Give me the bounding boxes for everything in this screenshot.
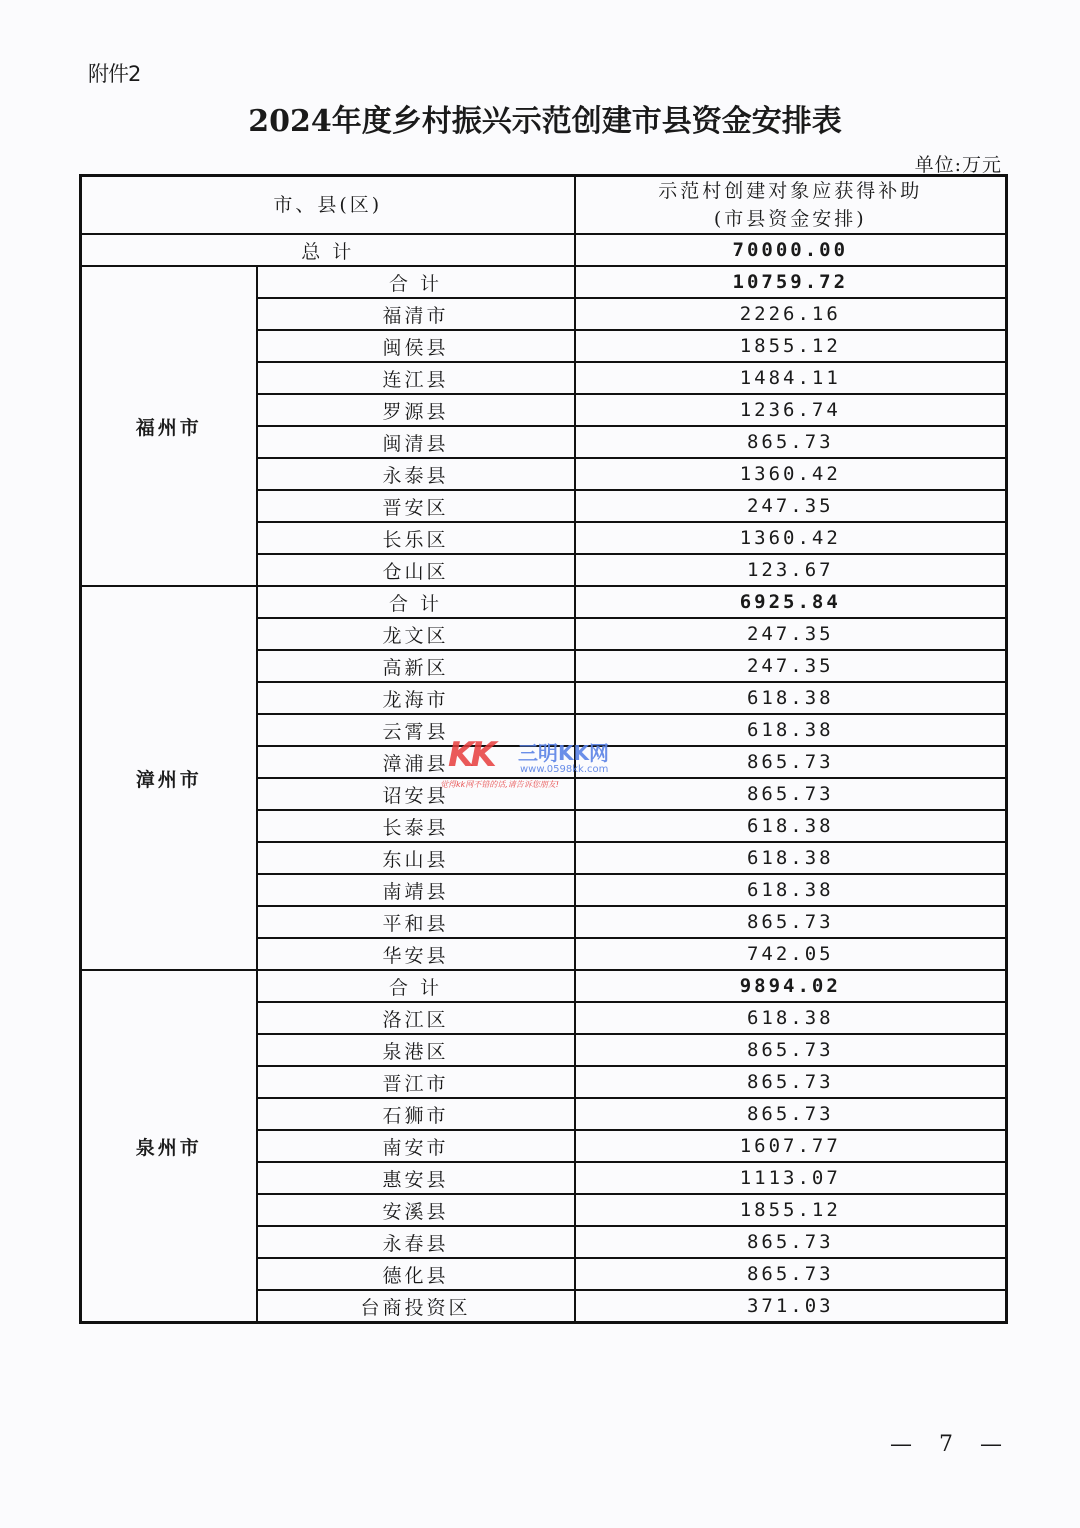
subsidy-column-header: 示范村创建对象应获得补助 (市县资金安排) bbox=[575, 176, 1007, 235]
county-name: 安溪县 bbox=[257, 1194, 575, 1226]
county-value: 618.38 bbox=[575, 682, 1007, 714]
county-name: 诏安县 bbox=[257, 778, 575, 810]
county-name: 华安县 bbox=[257, 938, 575, 970]
subsidy-header-line1: 示范村创建对象应获得补助 bbox=[576, 177, 1005, 205]
county-name: 永泰县 bbox=[257, 458, 575, 490]
county-value: 2226.16 bbox=[575, 298, 1007, 330]
attachment-label: 附件2 bbox=[88, 58, 140, 88]
county-value: 618.38 bbox=[575, 810, 1007, 842]
county-value: 618.38 bbox=[575, 1002, 1007, 1034]
county-name: 长乐区 bbox=[257, 522, 575, 554]
city-name: 泉州市 bbox=[81, 970, 257, 1323]
allocation-table-body: 市、县(区) 示范村创建对象应获得补助 (市县资金安排) 总 计 70000.0… bbox=[81, 176, 1007, 1323]
county-value: 865.73 bbox=[575, 778, 1007, 810]
grand-total-row: 总 计 70000.00 bbox=[81, 234, 1007, 266]
county-value: 865.73 bbox=[575, 1066, 1007, 1098]
county-value: 865.73 bbox=[575, 906, 1007, 938]
county-name: 永春县 bbox=[257, 1226, 575, 1258]
county-name: 德化县 bbox=[257, 1258, 575, 1290]
city-name: 福州市 bbox=[81, 266, 257, 586]
subtotal-label: 合 计 bbox=[257, 970, 575, 1002]
subsidy-header-line2: (市县资金安排) bbox=[576, 205, 1005, 233]
county-value: 1855.12 bbox=[575, 1194, 1007, 1226]
county-value: 618.38 bbox=[575, 714, 1007, 746]
county-value: 1855.12 bbox=[575, 330, 1007, 362]
county-name: 南安市 bbox=[257, 1130, 575, 1162]
county-value: 1484.11 bbox=[575, 362, 1007, 394]
city-subtotal-row: 福州市合 计10759.72 bbox=[81, 266, 1007, 298]
county-value: 865.73 bbox=[575, 1034, 1007, 1066]
county-value: 865.73 bbox=[575, 1098, 1007, 1130]
subtotal-label: 合 计 bbox=[257, 266, 575, 298]
subtotal-value: 9894.02 bbox=[575, 970, 1007, 1002]
county-value: 247.35 bbox=[575, 618, 1007, 650]
county-value: 247.35 bbox=[575, 650, 1007, 682]
subtotal-label: 合 计 bbox=[257, 586, 575, 618]
allocation-table: 市、县(区) 示范村创建对象应获得补助 (市县资金安排) 总 计 70000.0… bbox=[79, 174, 1008, 1324]
county-value: 742.05 bbox=[575, 938, 1007, 970]
county-name: 洛江区 bbox=[257, 1002, 575, 1034]
grand-total-value: 70000.00 bbox=[575, 234, 1007, 266]
county-name: 龙文区 bbox=[257, 618, 575, 650]
subtotal-value: 10759.72 bbox=[575, 266, 1007, 298]
county-name: 晋安区 bbox=[257, 490, 575, 522]
header-row: 市、县(区) 示范村创建对象应获得补助 (市县资金安排) bbox=[81, 176, 1007, 235]
county-name: 高新区 bbox=[257, 650, 575, 682]
county-name: 台商投资区 bbox=[257, 1290, 575, 1323]
county-name: 仓山区 bbox=[257, 554, 575, 586]
county-name: 漳浦县 bbox=[257, 746, 575, 778]
city-subtotal-row: 泉州市合 计9894.02 bbox=[81, 970, 1007, 1002]
county-name: 闽清县 bbox=[257, 426, 575, 458]
county-value: 865.73 bbox=[575, 1258, 1007, 1290]
county-name: 泉港区 bbox=[257, 1034, 575, 1066]
city-subtotal-row: 漳州市合 计6925.84 bbox=[81, 586, 1007, 618]
region-column-header: 市、县(区) bbox=[81, 176, 575, 235]
county-name: 惠安县 bbox=[257, 1162, 575, 1194]
county-name: 长泰县 bbox=[257, 810, 575, 842]
subtotal-value: 6925.84 bbox=[575, 586, 1007, 618]
county-name: 石狮市 bbox=[257, 1098, 575, 1130]
county-name: 罗源县 bbox=[257, 394, 575, 426]
county-value: 123.67 bbox=[575, 554, 1007, 586]
county-value: 1113.07 bbox=[575, 1162, 1007, 1194]
county-name: 平和县 bbox=[257, 906, 575, 938]
unit-label: 单位:万元 bbox=[915, 150, 1002, 177]
county-value: 865.73 bbox=[575, 746, 1007, 778]
page-number: — 7 — bbox=[890, 1432, 1012, 1457]
county-name: 云霄县 bbox=[257, 714, 575, 746]
county-name: 南靖县 bbox=[257, 874, 575, 906]
county-value: 865.73 bbox=[575, 1226, 1007, 1258]
county-name: 东山县 bbox=[257, 842, 575, 874]
county-value: 1236.74 bbox=[575, 394, 1007, 426]
city-name: 漳州市 bbox=[81, 586, 257, 970]
county-name: 连江县 bbox=[257, 362, 575, 394]
county-value: 865.73 bbox=[575, 426, 1007, 458]
grand-total-label: 总 计 bbox=[81, 234, 575, 266]
county-value: 618.38 bbox=[575, 874, 1007, 906]
county-name: 福清市 bbox=[257, 298, 575, 330]
county-name: 晋江市 bbox=[257, 1066, 575, 1098]
county-value: 247.35 bbox=[575, 490, 1007, 522]
county-name: 龙海市 bbox=[257, 682, 575, 714]
county-value: 618.38 bbox=[575, 842, 1007, 874]
county-value: 1360.42 bbox=[575, 522, 1007, 554]
county-value: 1607.77 bbox=[575, 1130, 1007, 1162]
county-value: 1360.42 bbox=[575, 458, 1007, 490]
county-value: 371.03 bbox=[575, 1290, 1007, 1323]
document-title: 2024年度乡村振兴示范创建市县资金安排表 bbox=[0, 96, 1080, 140]
county-name: 闽侯县 bbox=[257, 330, 575, 362]
